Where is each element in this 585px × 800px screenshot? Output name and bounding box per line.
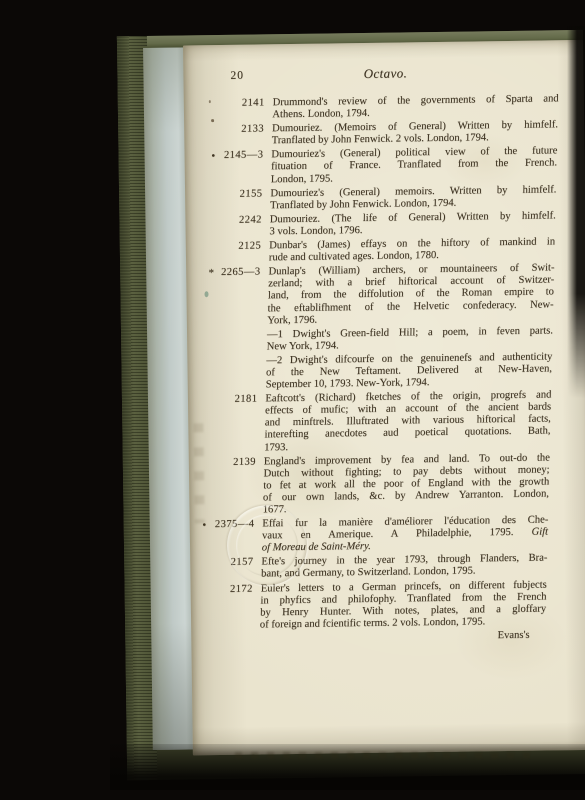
entry: 2133 Dumouriez. (Memoirs of General) Wri… [212,119,559,148]
entry-marker: • [211,150,224,186]
entry-marker [212,124,225,148]
entry-text: Drummond's review of the governments of … [272,93,559,121]
entry-text: Dumouriez's (General) political view of … [271,146,558,186]
bottom-shadow [110,744,585,790]
entry-line: bant, and Germany, to Switzerland. Londo… [261,565,547,581]
page-number: 20 [230,70,244,82]
photo-frame: 20 Octavo. 2141 Drummond's review of the… [0,0,585,800]
entry-marker [209,215,222,239]
entry-number [218,355,259,392]
entry-number: 2265—3 [219,267,260,328]
entry-number: 2141 [224,97,265,122]
entry-text: Euler's letters to a German princefs, on… [260,579,547,631]
entry: —1 Dwight's Green-field Hill; a poem, in… [207,325,554,354]
entry: 2172 Euler's letters to a German princef… [200,579,547,632]
entry: * 2265—3 Dunlap's (William) archers, or … [207,263,554,328]
entry-text: Dumouriez. (The life of General) Written… [269,210,556,238]
entry: 2242 Dumouriez. (The life of General) Wr… [209,210,556,239]
entry: • 2145—3 Dumouriez's (General) political… [211,146,558,187]
entry-number: 2181 [216,394,257,455]
entry-text: —2 Dwight's difcourfe on the genuinenefs… [266,351,553,391]
page: 20 Octavo. 2141 Drummond's review of the… [183,40,585,756]
entry-marker [210,189,223,213]
entry-text: Dunlap's (William) archers, or mountaine… [267,263,554,327]
catchword: Evans's [199,629,545,646]
entry-marker [209,241,222,265]
entry-marker [201,557,214,581]
foxing-speck [204,291,208,297]
entry-text: England's improvement by fea and land. T… [263,452,550,516]
page-bottom-ghost-text [235,752,535,759]
entry: 2125 Dunbar's (James) effays on the hift… [209,236,556,265]
entry: 2141 Drummond's review of the government… [212,93,559,122]
entry-text: Dunbar's (James) effays on the hiftory o… [269,236,556,264]
book: 20 Octavo. 2141 Drummond's review of the… [0,0,585,800]
running-title: Octavo. [364,65,408,82]
entry-number: 2125 [221,240,262,265]
entry-number: 2155 [222,188,263,213]
entry-number: 2133 [224,124,265,149]
foxing-speck [211,119,214,122]
entry-text: Dumouriez's (General) memoirs. Written b… [270,184,557,212]
entry-text: —1 Dwight's Green-field Hill; a poem, in… [267,325,554,353]
right-edge-shadow [567,26,585,398]
gutter-ghost-marks [193,423,204,523]
entry-marker: • [202,519,215,555]
entry-marker [207,330,220,354]
entry-text: Eaftcott's (Richard) fketches of the ori… [264,390,551,454]
entry-number [219,329,260,354]
entry-number: 2145—3 [223,150,264,187]
entry: —2 Dwight's difcourfe on the genuinenefs… [206,351,553,392]
entry-text: Dumouriez. (Memoirs of General) Written … [272,119,559,147]
foxing-speck [209,100,211,103]
entry: 2181 Eaftcott's (Richard) fketches of th… [204,390,551,455]
entry-marker [212,98,225,122]
entry-number: 2172 [212,583,253,632]
entry-marker [206,356,219,392]
entry-number: 2242 [221,214,262,239]
entry: 2155 Dumouriez's (General) memoirs. Writ… [210,184,557,213]
